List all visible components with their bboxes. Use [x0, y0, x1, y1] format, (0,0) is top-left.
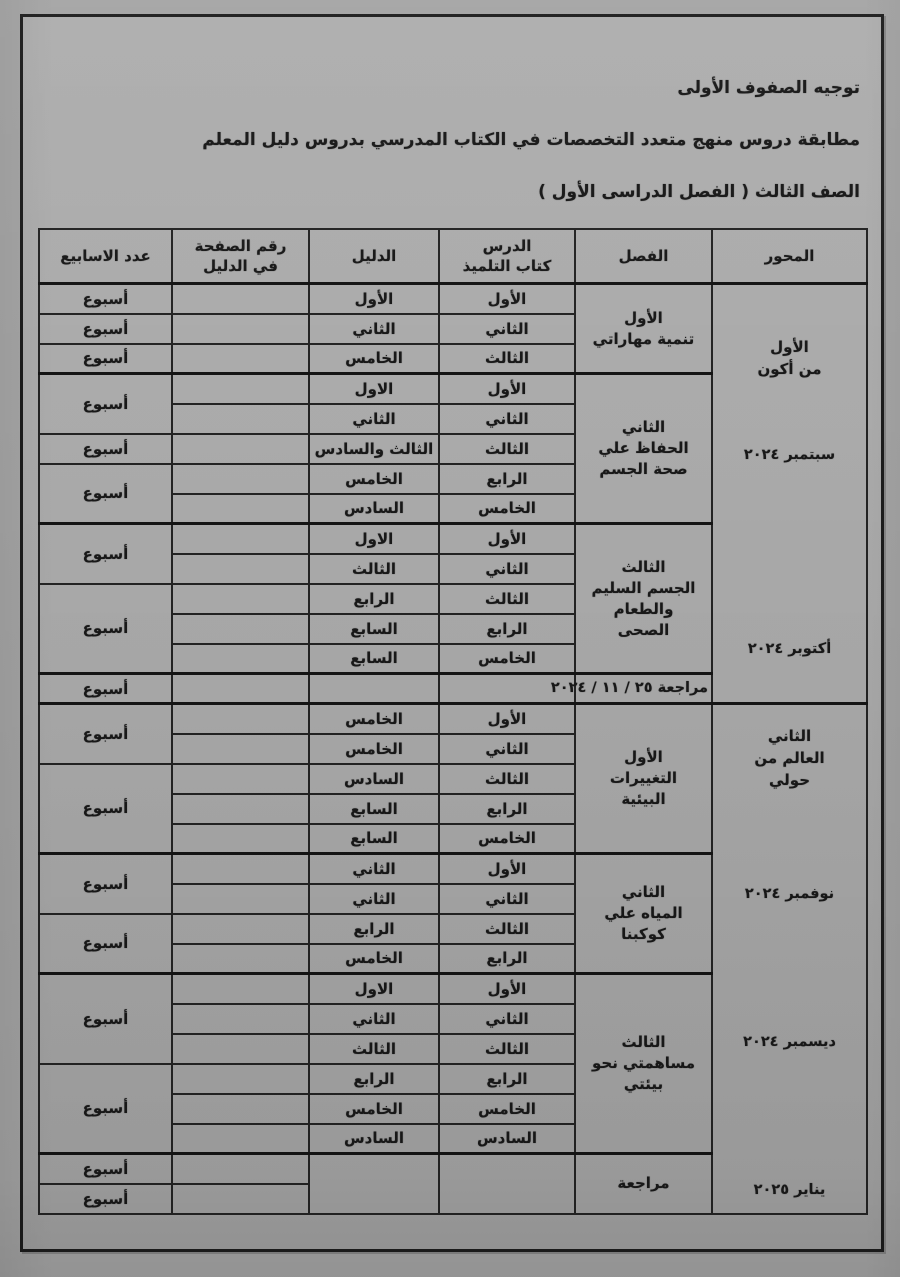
- cell-page: [172, 884, 309, 914]
- col-header-axis: المحور: [712, 229, 867, 284]
- cell-weeks: أسبوع: [39, 314, 172, 344]
- cell-lesson: الخامس: [439, 824, 575, 854]
- doc-title-line3: الصف الثالث ( الفصل الدراسى الأول ): [0, 182, 900, 202]
- axis-item: ديسمبر ٢٠٢٤: [743, 1031, 836, 1053]
- axis-item: الثاني العالم من حولي: [754, 725, 824, 791]
- cell-lesson: الثاني: [439, 314, 575, 344]
- cell-chapter: الأول التغييرات البيئية: [575, 704, 712, 854]
- cell-lesson: الثالث: [439, 764, 575, 794]
- cell-guide: الاول: [309, 374, 439, 404]
- cell-lesson: الخامس: [439, 1094, 575, 1124]
- cell-page: [172, 404, 309, 434]
- cell-guide: الخامس: [309, 1094, 439, 1124]
- doc-title-line1: توجيه الصفوف الأولى: [0, 78, 900, 98]
- axis-group: الأول من أكونسبتمبر ٢٠٢٤أكتوبر ٢٠٢٤: [716, 328, 863, 660]
- cell-lesson: الرابع: [439, 1064, 575, 1094]
- table-header-row: المحور الفصل الدرس كتاب التلميذ الدليل ر…: [39, 229, 867, 284]
- table-row: الثاني العالم من حولينوفمبر ٢٠٢٤ديسمبر ٢…: [39, 704, 867, 734]
- cell-guide: الثالث والسادس: [309, 434, 439, 464]
- cell-page: [172, 554, 309, 584]
- doc-title-line2: مطابقة دروس منهج متعدد التخصصات في الكتا…: [0, 130, 900, 150]
- cell-weeks: أسبوع: [39, 764, 172, 854]
- cell-lesson: الأول: [439, 284, 575, 314]
- cell-guide: السادس: [309, 494, 439, 524]
- cell-page: [172, 1064, 309, 1094]
- cell-page: [172, 674, 309, 704]
- cell-weeks: أسبوع: [39, 974, 172, 1064]
- cell-guide: الخامس: [309, 464, 439, 494]
- cell-lesson: الرابع: [439, 464, 575, 494]
- cell-guide: السابع: [309, 794, 439, 824]
- cell-page: [172, 584, 309, 614]
- table-row: الأول من أكونسبتمبر ٢٠٢٤أكتوبر ٢٠٢٤الأول…: [39, 284, 867, 314]
- cell-lesson: الثالث: [439, 1034, 575, 1064]
- cell-page: [172, 524, 309, 554]
- curriculum-table: المحور الفصل الدرس كتاب التلميذ الدليل ر…: [38, 228, 868, 1215]
- cell-weeks: أسبوع: [39, 584, 172, 674]
- cell-chapter: الثاني الحفاظ علي صحة الجسم: [575, 374, 712, 524]
- cell-page: [172, 1094, 309, 1124]
- axis-item: سبتمبر ٢٠٢٤: [744, 444, 835, 466]
- cell-page: [172, 824, 309, 854]
- cell-weeks: أسبوع: [39, 704, 172, 764]
- cell-guide: الخامس: [309, 344, 439, 374]
- cell-lesson: الخامس: [439, 494, 575, 524]
- cell-lesson: الثالث: [439, 914, 575, 944]
- cell-page: [172, 1154, 309, 1184]
- cell-page: [172, 854, 309, 884]
- cell-page: [172, 314, 309, 344]
- cell-guide: الاول: [309, 974, 439, 1004]
- cell-weeks: أسبوع: [39, 374, 172, 434]
- col-header-chapter: الفصل: [575, 229, 712, 284]
- cell-guide: الثاني: [309, 854, 439, 884]
- cell-guide: السابع: [309, 614, 439, 644]
- cell-page: [172, 1124, 309, 1154]
- cell-page: [172, 644, 309, 674]
- cell-weeks: أسبوع: [39, 434, 172, 464]
- cell-guide: الخامس: [309, 734, 439, 764]
- cell-chapter: مراجعة ٢٥ / ١١ / ٢٠٢٤: [575, 674, 712, 704]
- cell-page: [172, 374, 309, 404]
- cell-page: [172, 794, 309, 824]
- cell-chapter: الثالث الجسم السليم والطعام الصحى: [575, 524, 712, 674]
- cell-page: [172, 494, 309, 524]
- cell-guide: الثالث: [309, 1034, 439, 1064]
- col-header-lesson: الدرس كتاب التلميذ: [439, 229, 575, 284]
- cell-lesson: الثاني: [439, 1004, 575, 1034]
- cell-lesson: الرابع: [439, 614, 575, 644]
- cell-page: [172, 464, 309, 494]
- cell-page: [172, 704, 309, 734]
- cell-page: [172, 944, 309, 974]
- cell-lesson: الأول: [439, 854, 575, 884]
- cell-guide: الثاني: [309, 1004, 439, 1034]
- axis-item: يناير ٢٠٢٥: [754, 1179, 826, 1201]
- cell-weeks: أسبوع: [39, 1184, 172, 1214]
- cell-weeks: أسبوع: [39, 284, 172, 314]
- cell-guide: الأول: [309, 284, 439, 314]
- scanned-document: توجيه الصفوف الأولى مطابقة دروس منهج متع…: [0, 0, 900, 1277]
- cell-lesson: الرابع: [439, 794, 575, 824]
- cell-page: [172, 614, 309, 644]
- cell-guide: الرابع: [309, 584, 439, 614]
- cell-lesson: الثاني: [439, 404, 575, 434]
- cell-weeks: أسبوع: [39, 1154, 172, 1184]
- cell-lesson: الثاني: [439, 884, 575, 914]
- cell-lesson: الرابع: [439, 944, 575, 974]
- cell-guide: الاول: [309, 524, 439, 554]
- cell-guide: [309, 674, 439, 704]
- axis-item: الأول من أكون: [757, 336, 821, 380]
- cell-lesson: السادس: [439, 1124, 575, 1154]
- cell-guide: السابع: [309, 644, 439, 674]
- cell-page: [172, 344, 309, 374]
- cell-page: [172, 914, 309, 944]
- cell-lesson: الخامس: [439, 644, 575, 674]
- cell-chapter: الثالث مساهمتي نحو بيئتي: [575, 974, 712, 1154]
- cell-lesson: الثاني: [439, 734, 575, 764]
- cell-page: [172, 434, 309, 464]
- cell-lesson: الثالث: [439, 344, 575, 374]
- cell-weeks: أسبوع: [39, 464, 172, 524]
- cell-lesson: الأول: [439, 524, 575, 554]
- cell-guide: الرابع: [309, 914, 439, 944]
- cell-weeks: أسبوع: [39, 524, 172, 584]
- col-header-weeks: عدد الاسابيع: [39, 229, 172, 284]
- cell-weeks: أسبوع: [39, 344, 172, 374]
- cell-lesson: الثالث: [439, 434, 575, 464]
- col-header-page-no: رقم الصفحة في الدليل: [172, 229, 309, 284]
- axis-group: الثاني العالم من حولينوفمبر ٢٠٢٤ديسمبر ٢…: [716, 717, 863, 1201]
- cell-guide: الثاني: [309, 884, 439, 914]
- cell-guide: الخامس: [309, 704, 439, 734]
- cell-weeks: أسبوع: [39, 854, 172, 914]
- cell-page: [172, 974, 309, 1004]
- cell-chapter: مراجعة: [575, 1154, 712, 1214]
- cell-guide: الثالث: [309, 554, 439, 584]
- cell-lesson: الأول: [439, 704, 575, 734]
- cell-page: [172, 284, 309, 314]
- cell-weeks: أسبوع: [39, 914, 172, 974]
- cell-page: [172, 1184, 309, 1214]
- cell-page: [172, 1004, 309, 1034]
- cell-lesson: الثالث: [439, 584, 575, 614]
- cell-guide: [309, 1154, 439, 1214]
- cell-chapter: الثاني المياه علي كوكبنا: [575, 854, 712, 974]
- cell-lesson: الثاني: [439, 554, 575, 584]
- cell-guide: السادس: [309, 1124, 439, 1154]
- cell-page: [172, 764, 309, 794]
- cell-chapter: الأول تنمية مهاراتي: [575, 284, 712, 374]
- cell-lesson: الأول: [439, 374, 575, 404]
- cell-page: [172, 1034, 309, 1064]
- cell-guide: الخامس: [309, 944, 439, 974]
- cell-axis: الأول من أكونسبتمبر ٢٠٢٤أكتوبر ٢٠٢٤: [712, 284, 867, 704]
- cell-page: [172, 734, 309, 764]
- cell-guide: السادس: [309, 764, 439, 794]
- col-header-guide: الدليل: [309, 229, 439, 284]
- axis-item: أكتوبر ٢٠٢٤: [748, 638, 831, 660]
- cell-guide: الرابع: [309, 1064, 439, 1094]
- axis-item: نوفمبر ٢٠٢٤: [745, 883, 834, 905]
- cell-lesson: الأول: [439, 974, 575, 1004]
- cell-weeks: أسبوع: [39, 1064, 172, 1154]
- cell-lesson: [439, 1154, 575, 1214]
- cell-axis: الثاني العالم من حولينوفمبر ٢٠٢٤ديسمبر ٢…: [712, 704, 867, 1214]
- cell-weeks: أسبوع: [39, 674, 172, 704]
- cell-guide: السابع: [309, 824, 439, 854]
- cell-guide: الثاني: [309, 314, 439, 344]
- cell-guide: الثاني: [309, 404, 439, 434]
